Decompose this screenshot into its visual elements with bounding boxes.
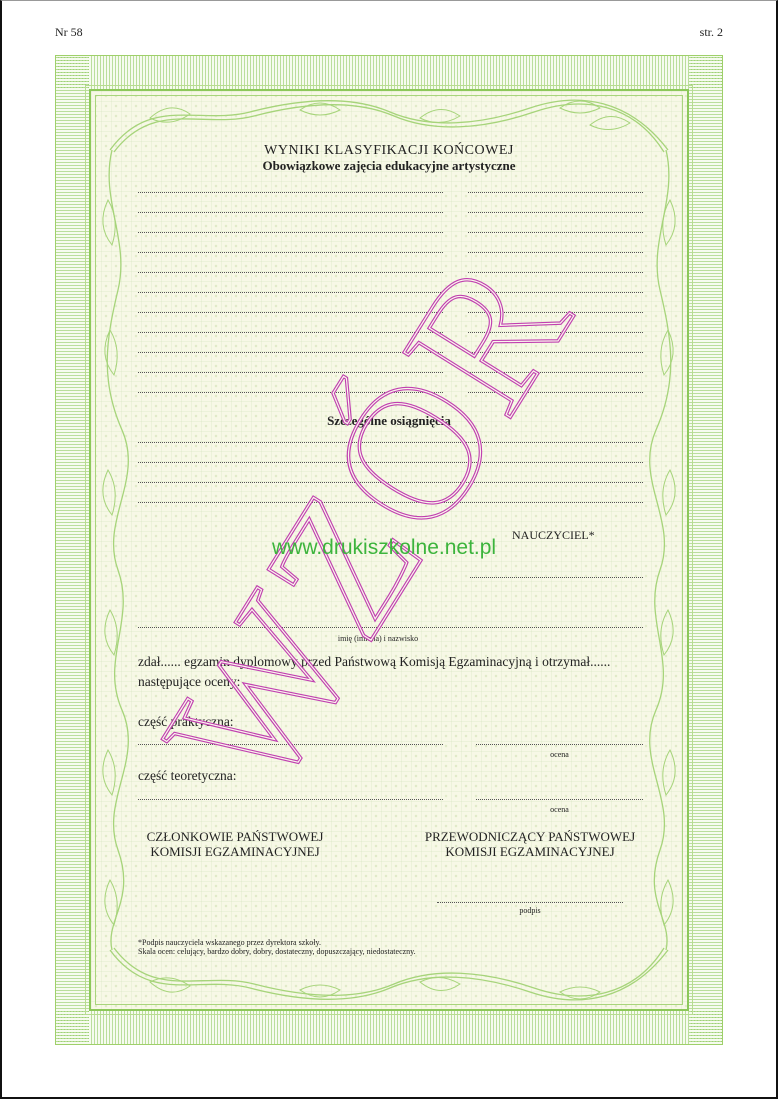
committee-members-heading: CZŁONKOWIE PAŃSTWOWEJ KOMISJI EGZAMINACY… bbox=[128, 829, 342, 859]
subject-name-field[interactable] bbox=[138, 192, 443, 193]
achievement-field[interactable] bbox=[138, 462, 643, 463]
subject-grade-field[interactable] bbox=[468, 292, 643, 293]
form-subtitle: Obowiązkowe zajęcia edukacyjne artystycz… bbox=[0, 158, 778, 174]
subject-name-field[interactable] bbox=[138, 272, 443, 273]
practical-grade-caption: ocena bbox=[476, 750, 643, 759]
subject-grade-field[interactable] bbox=[468, 352, 643, 353]
subject-name-field[interactable] bbox=[138, 292, 443, 293]
subject-grade-field[interactable] bbox=[468, 332, 643, 333]
achievement-field[interactable] bbox=[138, 502, 643, 503]
subject-name-field[interactable] bbox=[138, 392, 443, 393]
subject-name-field[interactable] bbox=[138, 332, 443, 333]
website-watermark: www.drukiszkolne.net.pl bbox=[272, 536, 496, 560]
subject-grade-field[interactable] bbox=[468, 392, 643, 393]
subject-grade-field[interactable] bbox=[468, 232, 643, 233]
subject-grade-field[interactable] bbox=[468, 312, 643, 313]
page-number: str. 2 bbox=[700, 25, 723, 40]
subject-grade-field[interactable] bbox=[468, 272, 643, 273]
committee-chair-line1: PRZEWODNICZĄCY PAŃSTWOWEJ bbox=[410, 829, 650, 844]
subject-name-field[interactable] bbox=[138, 352, 443, 353]
committee-chair-heading: PRZEWODNICZĄCY PAŃSTWOWEJ KOMISJI EGZAMI… bbox=[410, 829, 650, 859]
theory-label: część teoretyczna: bbox=[138, 768, 237, 784]
form-number: Nr 58 bbox=[55, 25, 83, 40]
teacher-label: NAUCZYCIEL* bbox=[512, 528, 595, 543]
student-name-field[interactable] bbox=[138, 627, 643, 628]
name-caption: imię (imiona) i nazwisko bbox=[0, 634, 756, 643]
subject-grade-field[interactable] bbox=[468, 212, 643, 213]
subject-name-field[interactable] bbox=[138, 252, 443, 253]
theory-field[interactable] bbox=[138, 799, 443, 800]
committee-members-line2: KOMISJI EGZAMINACYJNEJ bbox=[128, 844, 342, 859]
achievements-title: Szczególne osiągnięcia bbox=[0, 413, 778, 429]
achievement-field[interactable] bbox=[138, 442, 643, 443]
subject-grade-field[interactable] bbox=[468, 372, 643, 373]
chair-signature-field[interactable] bbox=[437, 902, 623, 903]
exam-statement-line1: zdał...... egzamin dyplomowy przed Państ… bbox=[138, 654, 610, 670]
achievement-field[interactable] bbox=[138, 482, 643, 483]
exam-statement-line2: następujące oceny: bbox=[138, 674, 240, 690]
practical-field[interactable] bbox=[138, 744, 443, 745]
teacher-signature-field[interactable] bbox=[470, 577, 643, 578]
committee-chair-line2: KOMISJI EGZAMINACYJNEJ bbox=[410, 844, 650, 859]
subject-name-field[interactable] bbox=[138, 212, 443, 213]
footnote-teacher: *Podpis nauczyciela wskazanego przez dyr… bbox=[138, 938, 321, 947]
practical-grade-field[interactable] bbox=[476, 744, 643, 745]
subject-name-field[interactable] bbox=[138, 312, 443, 313]
theory-grade-field[interactable] bbox=[476, 799, 643, 800]
signature-caption: podpis bbox=[437, 906, 623, 915]
practical-label: część praktyczna: bbox=[138, 714, 234, 730]
subject-name-field[interactable] bbox=[138, 372, 443, 373]
footnote-grade-scale: Skala ocen: celujący, bardzo dobry, dobr… bbox=[138, 947, 416, 956]
committee-members-line1: CZŁONKOWIE PAŃSTWOWEJ bbox=[128, 829, 342, 844]
subject-grade-field[interactable] bbox=[468, 192, 643, 193]
theory-grade-caption: ocena bbox=[476, 805, 643, 814]
subject-name-field[interactable] bbox=[138, 232, 443, 233]
form-title: WYNIKI KLASYFIKACJI KOŃCOWEJ bbox=[0, 143, 778, 159]
subject-grade-field[interactable] bbox=[468, 252, 643, 253]
